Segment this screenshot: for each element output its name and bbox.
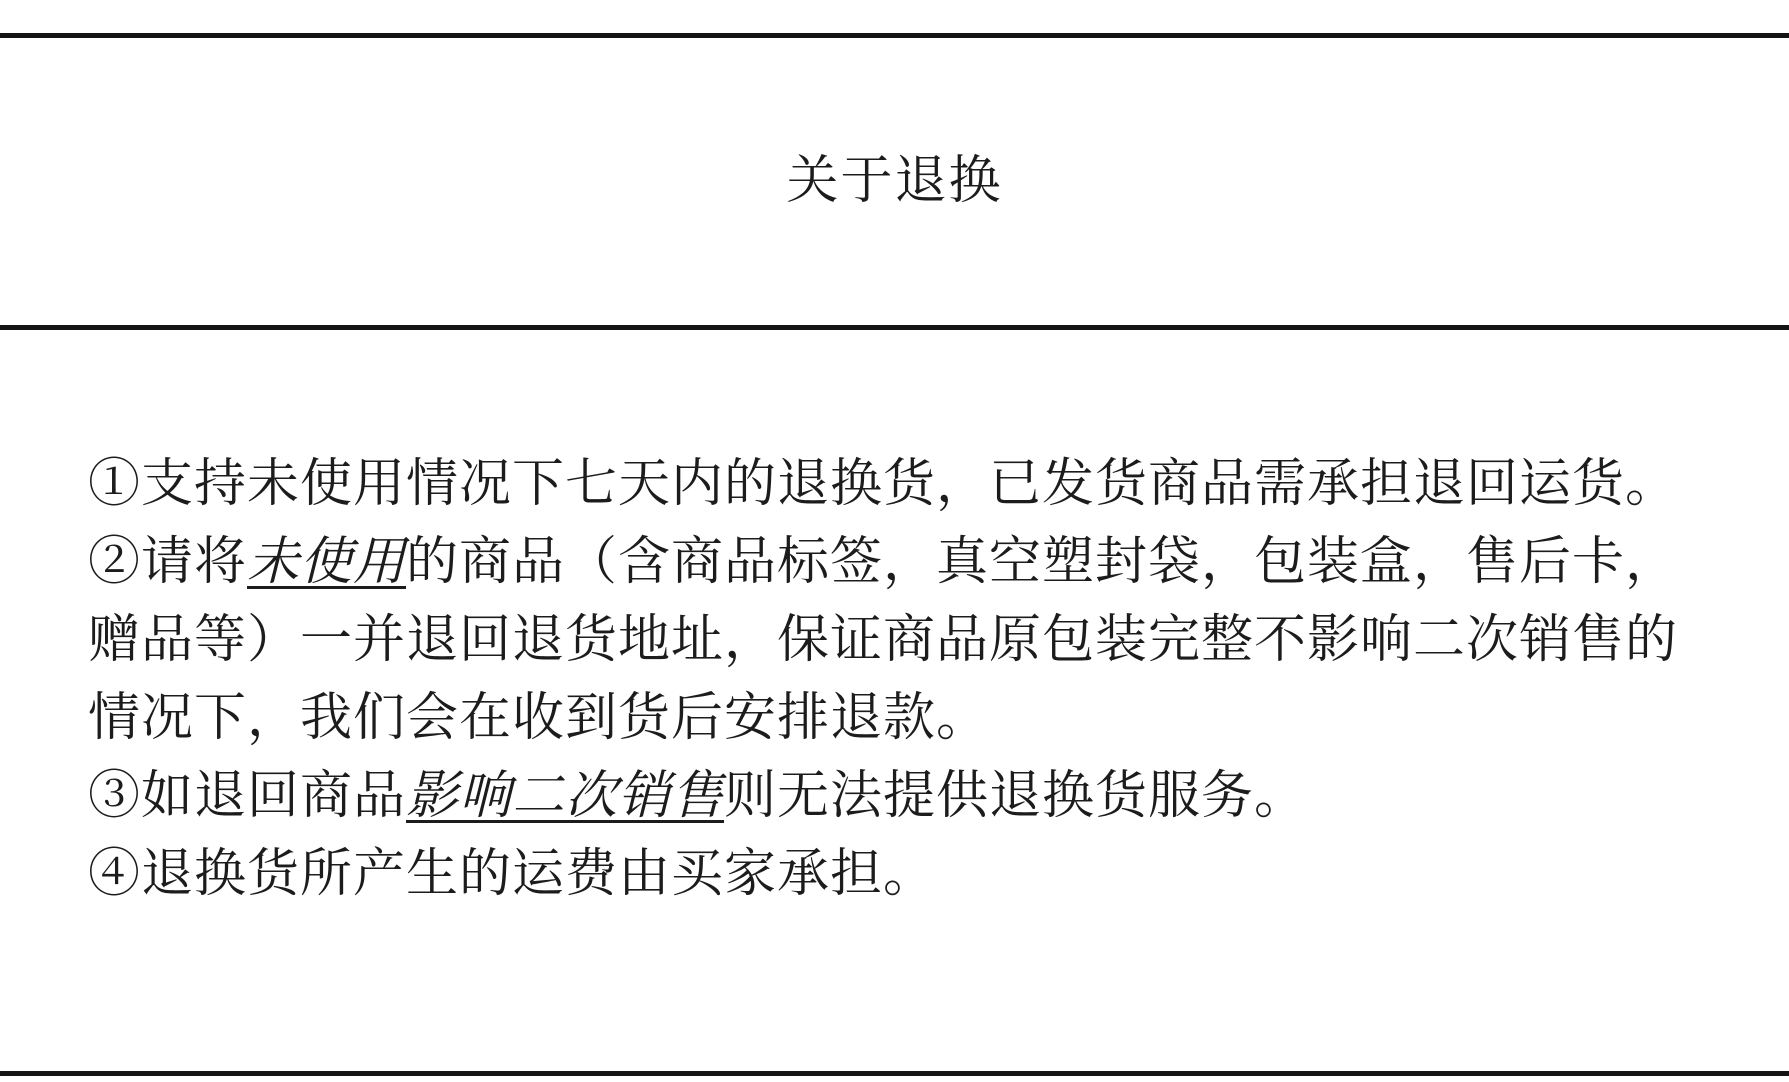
- top-divider-rule: [0, 33, 1789, 38]
- policy-item-3: ③如退回商品影响二次销售则无法提供退换货服务。: [88, 758, 1706, 836]
- policy-item-2-emphasis-unused: 未使用: [247, 534, 406, 591]
- policy-item-3-text-lead: ③如退回商品: [88, 768, 406, 825]
- title-divider-rule: [0, 325, 1789, 330]
- policy-item-2-text-lead: ②请将: [88, 534, 247, 591]
- policy-item-1-text: ①支持未使用情况下七天内的退换货，已发货商品需承担退回运货。: [88, 456, 1678, 513]
- return-policy-page: 关于退换 ①支持未使用情况下七天内的退换货，已发货商品需承担退回运货。 ②请将未…: [0, 0, 1789, 1082]
- policy-item-1: ①支持未使用情况下七天内的退换货，已发货商品需承担退回运货。: [88, 446, 1706, 524]
- policy-item-3-emphasis-resale: 影响二次销售: [406, 768, 724, 825]
- bottom-divider-rule: [0, 1071, 1789, 1076]
- policy-item-3-text-rest: 则无法提供退换货服务。: [724, 768, 1307, 825]
- policy-item-4: ④退换货所产生的运费由买家承担。: [88, 836, 1706, 914]
- section-title: 关于退换: [0, 150, 1789, 214]
- policy-text-block: ①支持未使用情况下七天内的退换货，已发货商品需承担退回运货。 ②请将未使用的商品…: [88, 446, 1706, 914]
- policy-item-4-text: ④退换货所产生的运费由买家承担。: [88, 846, 936, 903]
- policy-item-2: ②请将未使用的商品（含商品标签，真空塑封袋，包装盒，售后卡，赠品等）一并退回退货…: [88, 524, 1706, 758]
